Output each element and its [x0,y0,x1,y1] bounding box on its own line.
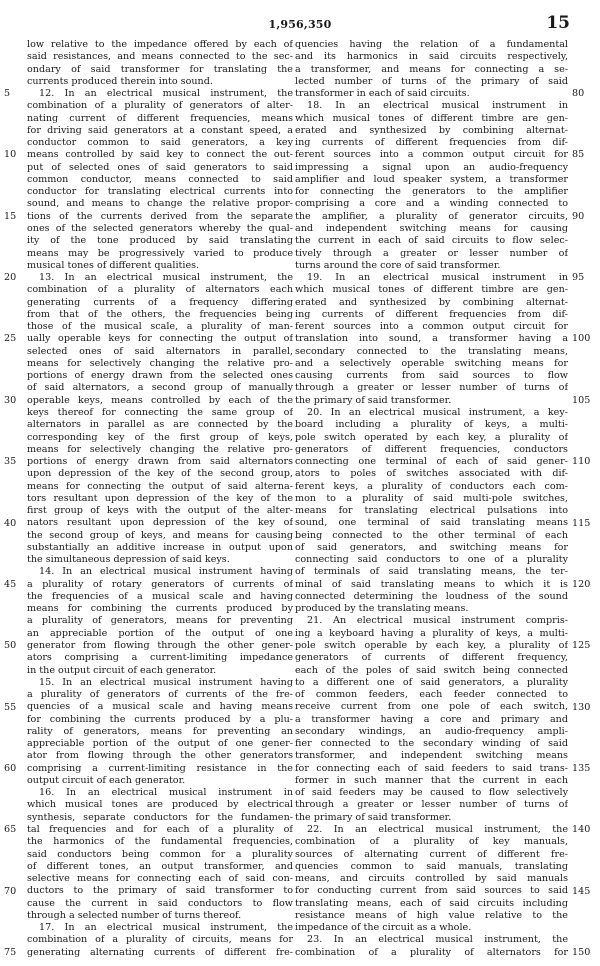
text-line: quencies of a musical scale and having m… [27,701,293,713]
text-line: fier connected to the secondary winding … [295,738,568,750]
text-line: corresponding key of the first group of … [27,432,293,444]
text-line: 23. In an electrical musical instrument,… [295,934,568,946]
line-number: 145 [572,886,590,898]
text-line: the primary of said transformer. [295,812,568,824]
text-line: pole switch operated by each key, a plur… [295,432,568,444]
text-line: said conductors being common for a plura… [27,849,293,861]
text-line: resistance means of high value relative … [295,910,568,922]
text-line: a transformer having a core and primary … [295,714,568,726]
line-number: 100 [572,333,590,345]
text-line: 20. In an electrical musical instrument,… [295,407,568,419]
line-number: 80 [572,88,584,100]
line-number: 20 [4,272,16,284]
text-line: which musical tones are produced by elec… [27,799,293,811]
text-line: ones of the selected generators whereby … [27,223,293,235]
text-line: generator from flowing through the other… [27,640,293,652]
text-line: and its harmonics in said circuits respe… [295,51,568,63]
text-line: generating alternating currents of diffe… [27,947,293,959]
text-line: 14. In an electrical musical instrument … [27,566,293,578]
text-line: appreciable portion of the output of one… [27,738,293,750]
text-line: portions of energy drawn from said alter… [27,456,293,468]
text-line: and a selectively operable switching mea… [295,358,568,370]
text-line: ferent sources into a common output circ… [295,149,568,161]
text-line: turns around the core of said transforme… [295,260,568,272]
text-line: means for combining the currents produce… [27,603,293,615]
line-number: 140 [572,824,590,836]
text-line: rality of generators, means for preventi… [27,726,293,738]
text-line: secondary connected to the translating m… [295,346,568,358]
text-line: means for selectively changing the relat… [27,444,293,456]
line-number: 65 [4,824,16,836]
line-number: 40 [4,518,16,530]
text-line: the simultaneous depression of said keys… [27,554,293,566]
text-line: nators resultant upon depression of the … [27,517,293,529]
right-column: quencies having the relation of a fundam… [295,39,568,959]
text-line: impedance of the circuit as a whole. [295,922,568,934]
text-line: the primary of said transformer. [295,395,568,407]
text-line: keys thereof for connecting the same gro… [27,407,293,419]
text-line: pole switch operable by each key, a plur… [295,640,568,652]
text-line: ondary of said transformer for translati… [27,64,293,76]
text-line: sound, one terminal of said translating … [295,517,568,529]
text-line: of said feeders may be caused to flow se… [295,787,568,799]
text-line: mon to a plurality of said multi-pole sw… [295,493,568,505]
text-line: said resistances, and means connected to… [27,51,293,63]
text-line: means for translating electrical pulsati… [295,505,568,517]
line-number: 60 [4,763,16,775]
text-line: ing currents of different frequencies fr… [295,309,568,321]
text-line: a transformer, and means for connecting … [295,64,568,76]
page-number: 15 [546,13,570,33]
text-line: the current in each of said circuits to … [295,235,568,247]
text-line: board including a plurality of keys, a m… [295,419,568,431]
text-line: generators of currents of different freq… [295,652,568,664]
text-line: portions of energy drawn from the select… [27,370,293,382]
text-line: cause the current in said conductors to … [27,898,293,910]
line-number: 110 [572,456,590,468]
text-line: means controlled by said key to connect … [27,149,293,161]
text-line: of different tones, an output transforme… [27,861,293,873]
text-line: combination of a plurality of circuits, … [27,934,293,946]
text-line: a plurality of rotary generators of curr… [27,579,293,591]
text-line: of terminals of said translating means, … [295,566,568,578]
text-line: comprising a current-limiting resistance… [27,763,293,775]
line-number: 90 [572,211,584,223]
text-line: tors resultant upon depression of the ke… [27,493,293,505]
text-line: sources of alternating current of differ… [295,849,568,861]
text-line: for connecting each of said feeders to s… [295,763,568,775]
text-line: transformer in each of said circuits. [295,88,568,100]
text-line: nating current of different frequencies,… [27,113,293,125]
text-line: currents produced therein into sound. [27,76,293,88]
text-line: ity of the tone produced by said transla… [27,235,293,247]
text-line: translating means, each of said circuits… [295,898,568,910]
text-line: receive current from one pole of each sw… [295,701,568,713]
text-line: connecting said conductors to one of a p… [295,554,568,566]
text-line: ductors to the primary of said transform… [27,885,293,897]
line-number: 50 [4,640,16,652]
text-line: tively through a greater or lesser numbe… [295,248,568,260]
text-line: ing currents of different frequencies fr… [295,137,568,149]
text-line: operable keys, means controlled by each … [27,395,293,407]
text-line: for combining the currents produced by a… [27,714,293,726]
text-line: erated and synthesized by combining alte… [295,125,568,137]
left-column: low relative to the impedance offered by… [27,39,293,959]
text-line: ators comprising a current-limiting impe… [27,652,293,664]
text-line: first group of keys with the output of t… [27,505,293,517]
text-line: 15. In an electrical musical instrument … [27,677,293,689]
line-number: 35 [4,456,16,468]
text-line: low relative to the impedance offered by… [27,39,293,51]
text-line: the harmonics of the fundamental frequen… [27,836,293,848]
text-line: for connecting the generators to the amp… [295,186,568,198]
text-line: generating currents of a frequency diffe… [27,297,293,309]
text-line: in the output circuit of each generator. [27,665,293,677]
text-line: output circuit of each generator. [27,775,293,787]
text-line: 21. An electrical musical instrument com… [295,615,568,627]
text-line: sound, and means to change the relative … [27,198,293,210]
text-line: tions of the currents derived from the s… [27,211,293,223]
line-number: 95 [572,272,584,284]
text-line: alternators in parallel as are connected… [27,419,293,431]
line-number: 115 [572,518,590,530]
text-line: impressing a signal upon an audio-freque… [295,162,568,174]
text-line: put of selected ones of said generators … [27,162,293,174]
text-line: conductor common to said generators, a k… [27,137,293,149]
text-line: combination of a plurality of key manual… [295,836,568,848]
text-line: through a greater or lesser number of tu… [295,799,568,811]
line-number: 105 [572,395,590,407]
text-line: 16. In an electrical musical instrument … [27,787,293,799]
text-line: 13. In an electrical musical instrument,… [27,272,293,284]
text-line: substantially an additive increase in ou… [27,542,293,554]
line-number: 75 [4,947,16,959]
line-number: 70 [4,886,16,898]
text-line: connecting one terminal of each of said … [295,456,568,468]
text-line: 17. In an electrical musical instrument,… [27,922,293,934]
text-line: for driving said generators at a constan… [27,125,293,137]
text-line: each of the poles of said switch being c… [295,665,568,677]
text-line: minal of said translating means to which… [295,579,568,591]
text-line: transformer, and independent switching m… [295,750,568,762]
text-line: means may be progressively varied to pro… [27,248,293,260]
text-line: secondary windings, an audio-frequency a… [295,726,568,738]
text-line: means for selectively changing the relat… [27,358,293,370]
text-line: combination of a plurality of alternator… [27,284,293,296]
line-number: 130 [572,702,590,714]
line-number: 55 [4,702,16,714]
text-line: musical tones of different qualities. [27,260,293,272]
text-line: selective means for connecting each of s… [27,873,293,885]
line-number: 15 [4,211,16,223]
text-line: combination of a plurality of generators… [27,100,293,112]
text-line: produced by the translating means. [295,603,568,615]
text-line: the amplifier, a plurality of generator … [295,211,568,223]
line-number: 10 [4,149,16,161]
text-line: quencies common to said manuals, transla… [295,861,568,873]
text-line: those of the musical scale, a plurality … [27,321,293,333]
text-line: of said alternators, a second group of m… [27,382,293,394]
text-line: an appreciable portion of the output of … [27,628,293,640]
text-line: ferent sources into a common output circ… [295,321,568,333]
text-line: means for connecting the output of said … [27,481,293,493]
text-line: 12. In an electrical musical instrument,… [27,88,293,100]
text-line: and independent switching means for caus… [295,223,568,235]
text-line: connected determining the loudness of th… [295,591,568,603]
text-line: ing a keyboard having a plurality of key… [295,628,568,640]
text-line: a plurality of generators, means for pre… [27,615,293,627]
text-line: ators to poles of switches associated wi… [295,468,568,480]
text-line: amplifier and loud speaker system, a tra… [295,174,568,186]
line-number: 85 [572,149,584,161]
text-line: translation into sound, a transformer ha… [295,333,568,345]
text-line: the second group of keys, and means for … [27,530,293,542]
text-line: from that of the others, the frequencies… [27,309,293,321]
text-line: of said generators, and switching means … [295,542,568,554]
text-line: 19. In an electrical musical instrument … [295,272,568,284]
text-line: which musical tones of different timbre … [295,113,568,125]
line-number: 135 [572,763,590,775]
line-number: 45 [4,579,16,591]
line-number: 30 [4,395,16,407]
text-line: ferent keys, a plurality of conductors e… [295,481,568,493]
text-line: conductor for translating electrical cur… [27,186,293,198]
text-line: through a selected number of turns there… [27,910,293,922]
text-line: being connected to the other terminal of… [295,530,568,542]
patent-number: 1,956,350 [0,18,600,31]
line-number: 5 [4,88,10,100]
text-line: which musical tones of different timbre … [295,284,568,296]
text-line: common conductor, means connected to sai… [27,174,293,186]
line-number: 150 [572,947,590,959]
text-line: lected number of turns of the primary of… [295,76,568,88]
text-line: for conducting current from said sources… [295,885,568,897]
line-number: 25 [4,333,16,345]
text-line: to a different one of said generators, a… [295,677,568,689]
text-line: quencies having the relation of a fundam… [295,39,568,51]
text-line: through a greater or lesser number of tu… [295,382,568,394]
text-line: ually operable keys for connecting the o… [27,333,293,345]
text-line: former in such manner that the current i… [295,775,568,787]
text-line: means, and circuits controlled by said m… [295,873,568,885]
text-line: generators of different frequencies, con… [295,444,568,456]
text-line: synthesis, separate conductors for the f… [27,812,293,824]
text-line: the frequencies of a musical scale and h… [27,591,293,603]
text-line: a plurality of generators of currents of… [27,689,293,701]
line-number: 125 [572,640,590,652]
text-line: comprising a core and a winding connecte… [295,198,568,210]
text-line: 18. In an electrical musical instrument … [295,100,568,112]
line-number: 120 [572,579,590,591]
text-line: tal frequencies and for each of a plural… [27,824,293,836]
text-line: combination of a plurality of alternator… [295,947,568,959]
text-line: erated and synthesized by combining alte… [295,297,568,309]
text-line: selected ones of said alternators in par… [27,346,293,358]
text-line: 22. In an electrical musical instrument,… [295,824,568,836]
text-line: causing currents from said sources to fl… [295,370,568,382]
text-line: upon depression of the key of the second… [27,468,293,480]
text-line: of common feeders, each feeder connected… [295,689,568,701]
text-line: ator from flowing through the other gene… [27,750,293,762]
